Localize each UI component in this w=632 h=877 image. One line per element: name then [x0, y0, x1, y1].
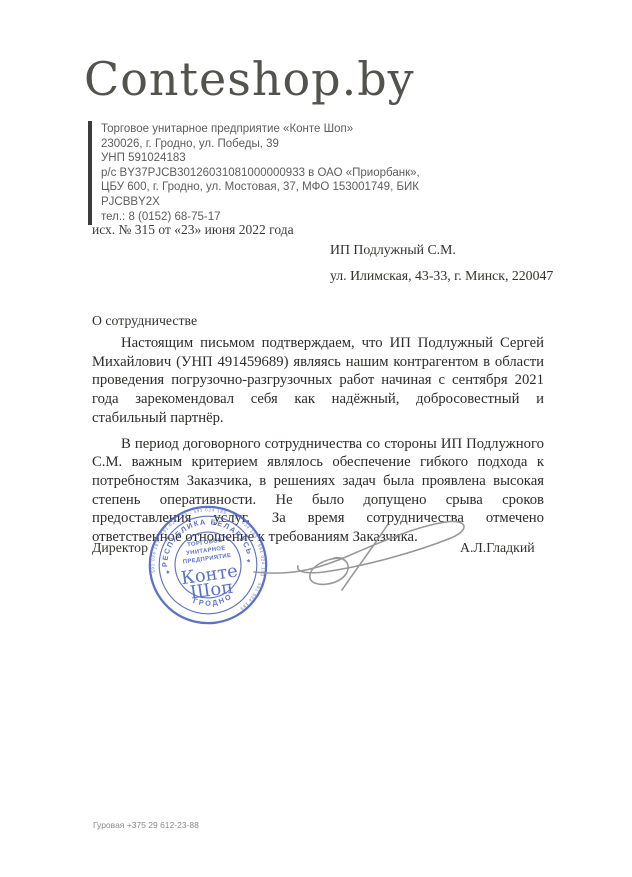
body-paragraph-1: Настоящим письмом подтверждаем, что ИП П…: [92, 334, 544, 428]
recipient-block: ИП Подлужный С.М. ул. Илимская, 43-33, г…: [330, 242, 553, 283]
company-unp-line: УНП 591024183: [101, 151, 471, 166]
recipient-address: ул. Илимская, 43-33, г. Минск, 220047: [330, 268, 553, 283]
company-details-block: Торговое унитарное предприятие «Конте Шо…: [88, 121, 471, 225]
letterhead-logo: Conteshop.by: [84, 54, 415, 105]
handwritten-signature-icon: [246, 514, 476, 599]
ref-number-line: исх. № 315 от «23» июня 2022 года: [92, 222, 294, 238]
stamp-star-left: ★: [165, 569, 171, 577]
company-account-line: р/с BY37PJCB30126031081000000933 в ОАО «…: [101, 166, 471, 181]
footer-contact: Гуровая +375 29 612-23-88: [93, 820, 199, 830]
company-bank-line: ЦБУ 600, г. Гродно, ул. Мостовая, 37, МФ…: [101, 180, 471, 209]
company-name-line: Торговое унитарное предприятие «Конте Шо…: [101, 122, 471, 137]
signer-name: А.Л.Гладкий: [460, 540, 535, 556]
company-address-line: 230026, г. Гродно, ул. Победы, 39: [101, 137, 471, 152]
recipient-name: ИП Подлужный С.М.: [330, 242, 553, 257]
director-label: Директор: [92, 540, 148, 556]
subject-line: О сотрудничестве: [92, 313, 197, 329]
scanned-letter-page: Conteshop.by Торговое унитарное предприя…: [0, 0, 632, 877]
